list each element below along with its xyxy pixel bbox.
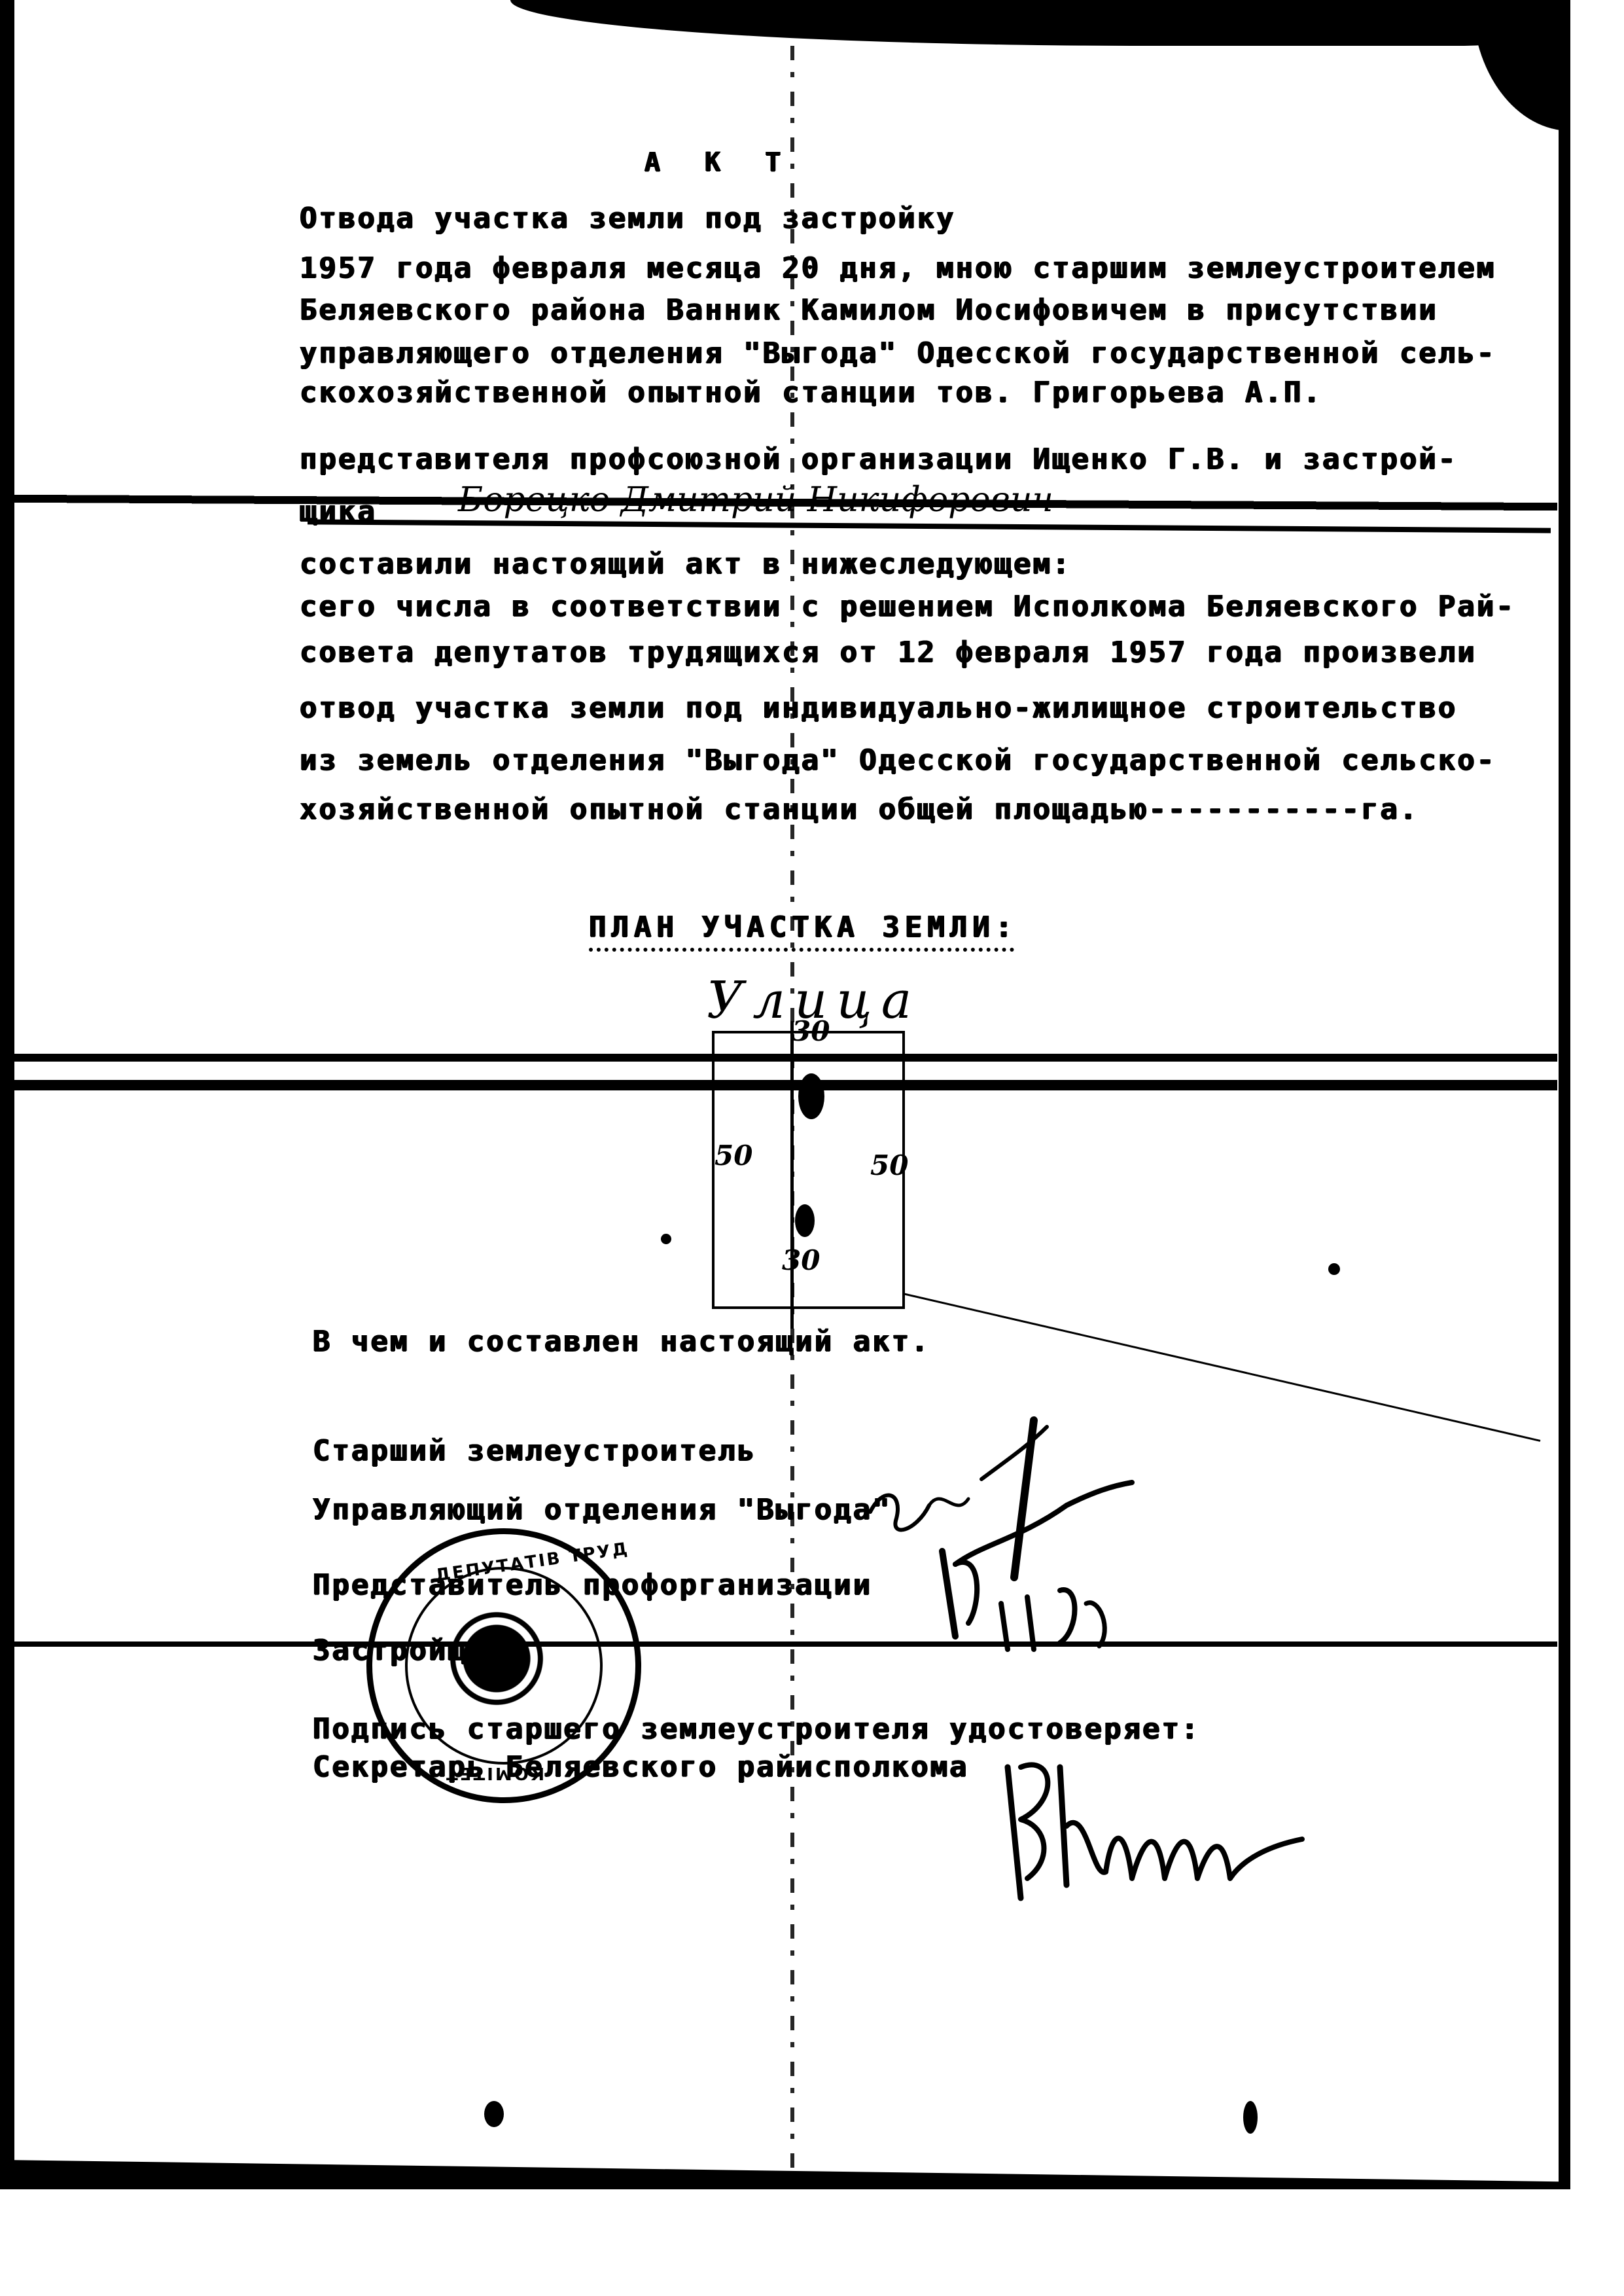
horizontal-fold-crease [13,1623,1557,1669]
ink-smudge [1243,2101,1258,2134]
document-subtitle: Отвода участка земли под застройку [300,204,956,233]
dimension-left: 50 [715,1142,752,1170]
body-line: управляющего отделения "Выгода" Одесской… [300,339,1496,368]
dimension-bottom: 30 [782,1247,820,1274]
signatory-label: Старший землеустроитель [313,1437,756,1465]
stamp-text: КОМІТЕТ [444,1763,544,1783]
body-line: скохозяйственной опытной станции тов. Гр… [300,378,1322,407]
dimension-top: 30 [792,1018,830,1045]
signatory-label: Управляющий отделения "Выгода" [313,1496,892,1524]
ink-smudge [798,1073,824,1119]
body-line: представителя профсоюзной организации Ищ… [300,445,1457,474]
ink-smudge [795,1204,815,1237]
closing-statement: В чем и составлен настоящий акт. [313,1327,930,1356]
ink-smudge [1328,1263,1340,1275]
signature-manager [929,1525,1139,1669]
body-line: из земель отделения "Выгода" Одесской го… [300,746,1496,775]
developer-name-handwritten: Борецко Дмитрий Никифорович [458,483,1053,517]
body-line: хозяйственной опытной станции общей площ… [300,795,1419,824]
body-line: Беляевского района Ванник Камилом Иосифо… [300,296,1438,325]
body-line: сего числа в соответствии с решением Исп… [300,592,1515,621]
plan-heading-underline [589,948,1014,952]
body-line: совета депутатов трудящихся от 12 феврал… [300,638,1477,667]
ink-smudge [661,1234,671,1244]
document-title: А К Т [644,149,795,175]
plot-center-line [790,1021,794,1329]
ink-smudge [484,2101,504,2127]
dimension-right: 50 [870,1152,908,1179]
body-line: 1957 года февраля месяца 20 дня, мною ст… [300,254,1496,283]
signature-secretary [981,1728,1322,1924]
official-stamp: ДЕПУТАТІВ ТРУД КОМІТЕТ [366,1528,641,1803]
body-line: составили настоящий акт в нижеследующем: [300,550,1072,579]
coat-of-arms-icon [441,1609,552,1708]
scan-margin [0,2189,1624,2296]
body-line: отвод участка земли под индивидуально-жи… [300,694,1457,723]
plan-heading: ПЛАН УЧАСТКА ЗЕМЛИ: [589,913,1017,942]
